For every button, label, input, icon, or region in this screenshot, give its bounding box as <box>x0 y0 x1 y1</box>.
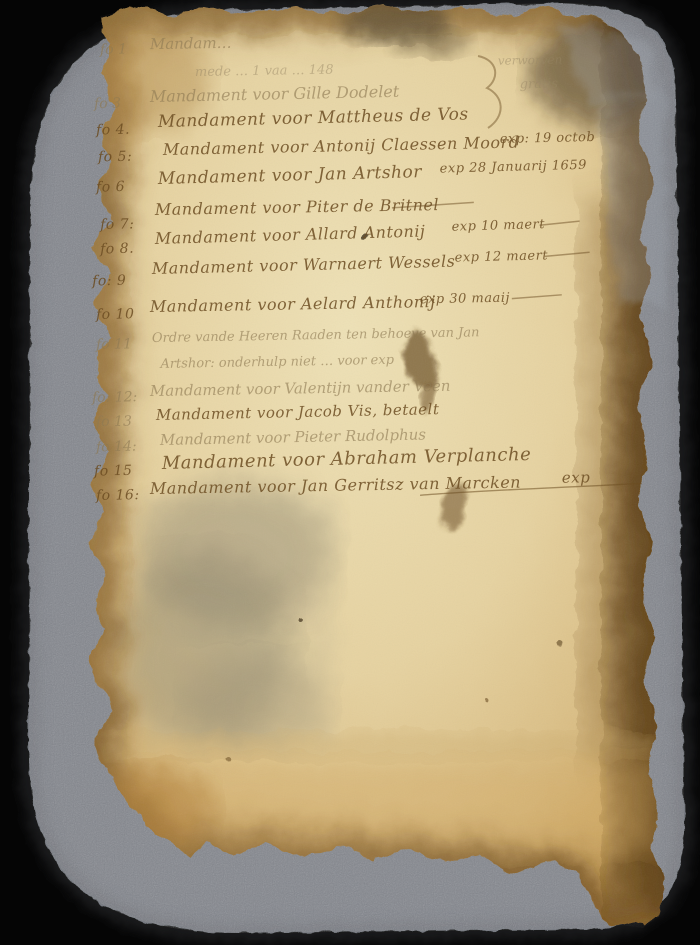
photo-backdrop: fo 1 Mandam… ——— mede … 1 vaa … 148 verw… <box>0 0 700 945</box>
paper-grain <box>60 0 700 945</box>
manuscript-photo: fo 1 Mandam… ——— mede … 1 vaa … 148 verw… <box>0 0 700 945</box>
